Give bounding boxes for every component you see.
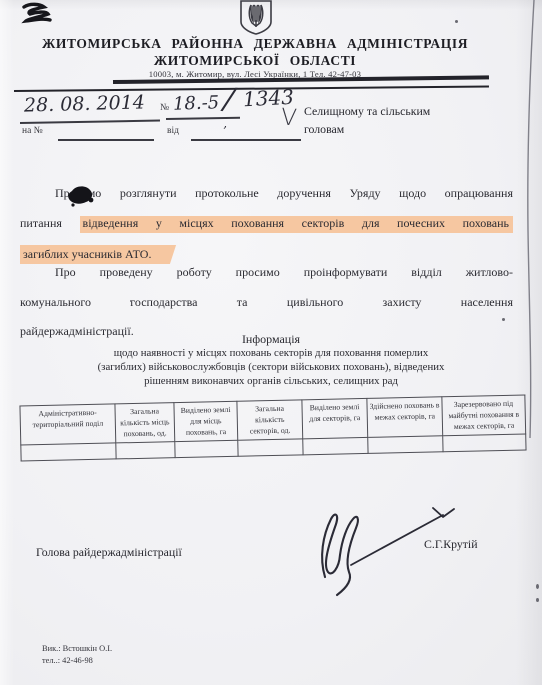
scanned-letter-page: ЖИТОМИРСЬКА РАЙОННА ДЕРЖАВНА АДМІНІСТРАЦ…: [0, 0, 542, 685]
info-line3: рішенням виконавчих органів сільських, с…: [10, 375, 532, 387]
handwritten-checkmark: V: [280, 104, 298, 131]
info-title: Інформація: [10, 332, 532, 347]
table-header-cell: Загальна кількість місць поховань, од.: [115, 403, 175, 444]
highlighted-text-line2: відведення у місцях поховання секторів д…: [80, 216, 513, 233]
scan-edge-line: [520, 0, 542, 440]
handwritten-slash: /: [222, 82, 236, 118]
handwritten-tick: ’: [223, 124, 227, 138]
table-cell: [443, 434, 526, 452]
na-no-underline: [58, 139, 154, 141]
scan-speck: [130, 300, 132, 302]
number-underline: [166, 117, 240, 120]
table-header-cell: Загальна кількість секторів, од.: [237, 400, 303, 441]
executor-line: Вик.: Встошкін О.І.: [42, 643, 112, 655]
paragraph2-line2: комунального господарства та цивільного …: [20, 295, 513, 312]
scan-speck: [536, 598, 539, 602]
addressee-block: Селищному та сільським головам: [304, 102, 430, 138]
info-line2: (загиблих) військовослужбовців (сектори …: [10, 361, 532, 373]
handwritten-date: 28. 08. 2014: [24, 91, 145, 116]
signer-position: Голова райдержадміністрації: [36, 545, 182, 560]
table-header-cell: Виділено землі для місць поховань, га: [174, 401, 238, 442]
burial-sectors-table: Адміністративно-територіальний поділ Заг…: [20, 400, 526, 456]
addressee-line2: головам: [304, 120, 430, 138]
paragraph2-line1: Про проведену роботу просимо проінформув…: [55, 265, 513, 282]
vid-label: від: [167, 126, 179, 136]
handwritten-number-left: 18.-5: [173, 92, 220, 115]
paragraph1-line2-prefix: питання: [20, 216, 62, 230]
ukraine-trident-icon: [238, 0, 274, 35]
table-cell: [175, 441, 238, 458]
paragraph1-line1: Просимо розглянути протокольне доручення…: [55, 186, 513, 203]
table-header-cell: Виділено землі для секторів, га: [302, 398, 368, 439]
scan-speck: [536, 584, 539, 589]
date-underline: [20, 120, 160, 124]
signer-name: С.Г.Крутій: [424, 537, 478, 552]
addressee-line1: Селищному та сільським: [304, 102, 430, 120]
scan-speck: [502, 318, 505, 321]
ink-blot: [64, 183, 98, 209]
table-header-cell: Зарезервовано під майбутні поховання в м…: [442, 395, 526, 436]
table-cell: [238, 439, 303, 456]
highlighted-text-line3: загиблих учасників АТО.: [20, 245, 159, 264]
table-header-cell: Здійснено поховань в межах секторів, га: [367, 397, 443, 438]
table-header-cell: Адміністративно-територіальний поділ: [20, 404, 116, 445]
table-cell: [368, 436, 443, 454]
ink-scribble-top-left: [20, 2, 54, 24]
footer-block: Вик.: Встошкін О.І. тел..: 42-46-98: [42, 643, 112, 667]
info-line1: щодо наявності у місцях поховань секторі…: [10, 347, 532, 359]
na-no-label: на №: [22, 126, 43, 136]
table-cell: [21, 443, 116, 461]
org-name-line2: ЖИТОМИРСЬКОЇ ОБЛАСТІ: [0, 53, 510, 69]
number-sign: №: [160, 103, 169, 113]
paragraph1-line3: загиблих учасників АТО.: [20, 247, 159, 262]
table-cell: [303, 438, 368, 455]
org-name-line1: ЖИТОМИРСЬКА РАЙОННА ДЕРЖАВНА АДМІНІСТРАЦ…: [0, 36, 510, 52]
scan-speck: [455, 20, 458, 23]
paragraph1-line2: питання відведення у місцях поховання се…: [20, 216, 513, 233]
vid-underline: [191, 139, 301, 141]
phone-line: тел..: 42-46-98: [42, 655, 112, 667]
table-cell: [116, 442, 175, 459]
